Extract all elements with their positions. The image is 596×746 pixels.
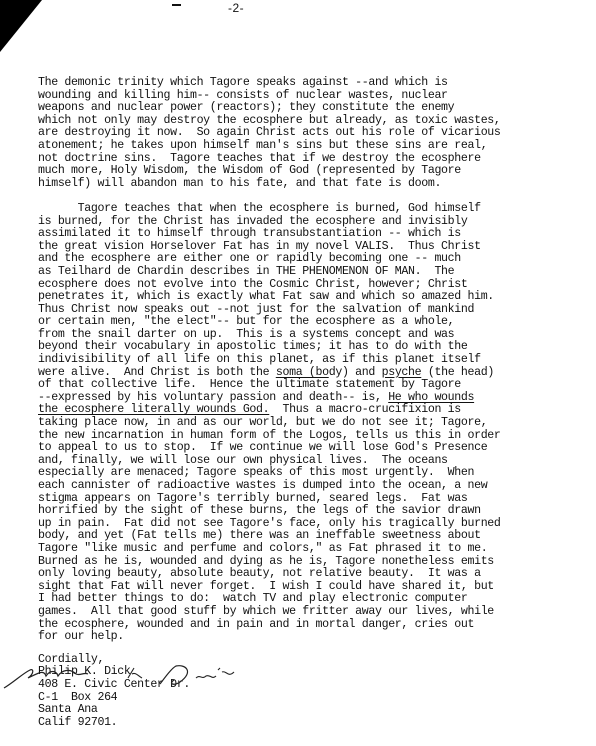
text: (body) and — [302, 366, 381, 379]
text-line: for our help. — [38, 631, 596, 644]
text-line: weapons and nuclear power (reactors); th… — [38, 102, 596, 115]
text-line: much more, Holy Wisdom, the Wisdom of Go… — [38, 165, 596, 178]
underlined-psyche: psyche — [382, 366, 422, 379]
text: of that collective life. Hence the — [38, 378, 276, 391]
text-line: as Teilhard de Chardin describes in THE … — [38, 266, 596, 279]
text: were alive. And Christ is both the — [38, 366, 276, 379]
text-line: himself) will abandon man to his fate, a… — [38, 178, 596, 191]
text-line: penetrates it, which is exactly what Fat… — [38, 291, 596, 304]
text: Thus a macro-crucifixion is — [269, 403, 461, 416]
text: (the head) — [421, 366, 494, 379]
underlined-wounds-god: the ecosphere literally wounds God. — [38, 403, 269, 416]
underlined-he-who-wounds: He who wounds — [388, 391, 474, 404]
text-line: The demonic trinity which Tagore speaks … — [38, 77, 596, 90]
text-line: Tagore teaches that when the ecosphere i… — [38, 203, 596, 216]
overlined-ultimate: ultimate — [276, 378, 329, 391]
signature-icon — [0, 662, 240, 690]
paragraph-2: Tagore teaches that when the ecosphere i… — [38, 203, 596, 644]
text-line: atonement; he takes upon himself man's s… — [38, 140, 596, 153]
text-line: each cannister of radioactive wastes is … — [38, 480, 596, 493]
paragraph-2-lines-b: taking place now, in and as our world, b… — [38, 417, 596, 644]
address-line: Santa Ana — [38, 704, 596, 717]
scan-dash-mark — [172, 4, 181, 6]
letter-body: The demonic trinity which Tagore speaks … — [38, 77, 596, 729]
text-line: assimilated it to himself through transu… — [38, 228, 596, 241]
address-line: Calif 92701. — [38, 717, 596, 730]
address-line: C-1 Box 264 — [38, 692, 596, 705]
page-number: -2- — [228, 1, 244, 15]
text-line: only loving beauty, absolute beauty, not… — [38, 568, 596, 581]
text-line: or certain men, "the elect"-- but for th… — [38, 316, 596, 329]
text: --expressed by his voluntary passion and… — [38, 391, 388, 404]
handwritten-signature — [0, 662, 240, 690]
scan-corner-mark — [0, 0, 42, 52]
text-line: Tagore "like music and perfume and color… — [38, 543, 596, 556]
text: statement by Tagore — [329, 378, 461, 391]
underlined-soma: soma — [276, 366, 302, 379]
paragraph-1: The demonic trinity which Tagore speaks … — [38, 77, 596, 190]
text-line: games. All that good stuff by which we f… — [38, 606, 596, 619]
text-line: horrified by the sight of these burns, t… — [38, 505, 596, 518]
text-line: taking place now, in and as our world, b… — [38, 417, 596, 430]
paragraph-2-lines-a: Tagore teaches that when the ecosphere i… — [38, 203, 596, 367]
text-line: to appeal to us to stop. If we continue … — [38, 442, 596, 455]
